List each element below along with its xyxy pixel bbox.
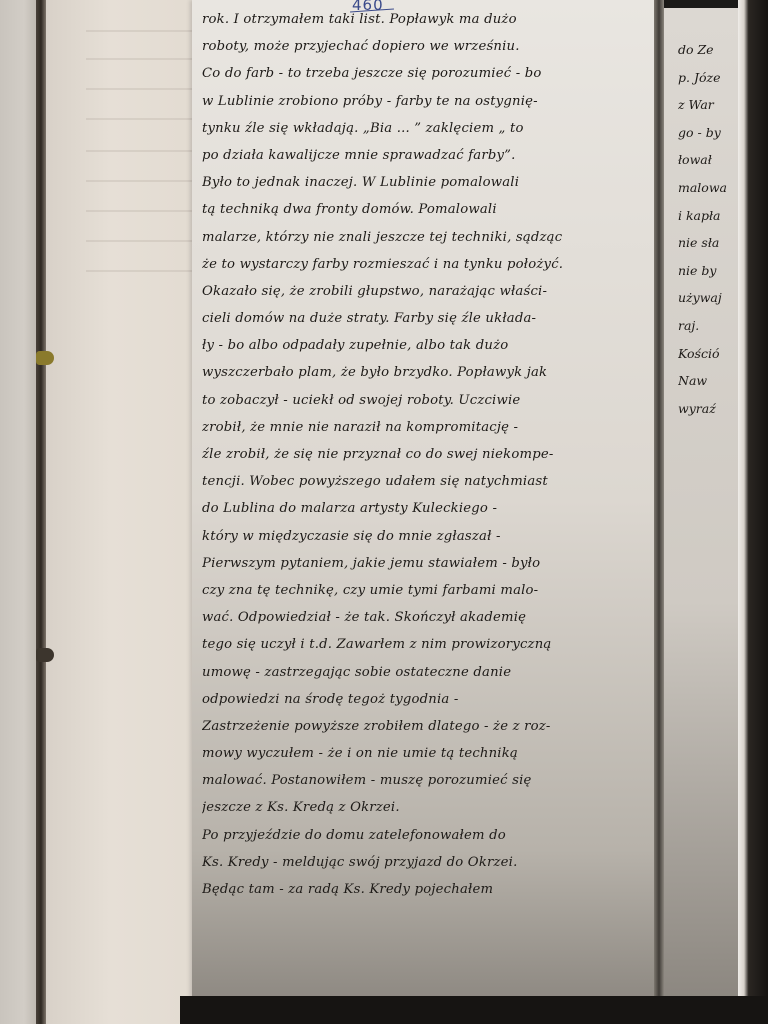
text-line: po działa kawalijcze mnie sprawadzać far… [202, 142, 652, 169]
text-line: malować. Postanowiłem - muszę porozumieć… [202, 767, 652, 794]
binder-clip-icon [36, 351, 54, 365]
text-line: wyszczerbało plam, że było brzydko. Popł… [202, 359, 652, 386]
text-line: malowa [678, 174, 744, 202]
text-line: nie sła [678, 229, 744, 257]
text-line: Pierwszym pytaniem, jakie jemu stawiałem… [202, 550, 652, 577]
text-line: Naw [678, 367, 744, 395]
manuscript-page: 460 rok. I otrzymałem taki list. Popławy… [192, 0, 664, 1000]
text-line: roboty, może przyjechać dopiero we wrześ… [202, 33, 652, 60]
text-line: to zobaczył - uciekł od swojej roboty. U… [202, 387, 652, 414]
text-line: Co do farb - to trzeba jeszcze się poroz… [202, 60, 652, 87]
text-line: Było to jednak inaczej. W Lublinie pomal… [202, 169, 652, 196]
photo-scene: 460 rok. I otrzymałem taki list. Popławy… [0, 0, 768, 1024]
previous-page [46, 0, 206, 1024]
text-line: raj. [678, 312, 744, 340]
text-line: tynku źle się wkładają. „Bia ... ” zaklę… [202, 115, 652, 142]
text-line: który w międzyczasie się do mnie zgłasza… [202, 523, 652, 550]
text-line: Ks. Kredy - meldując swój przyjazd do Ok… [202, 849, 652, 876]
text-line: i kapła [678, 202, 744, 230]
binder-spine [36, 0, 46, 1024]
text-line-content: jeszcze z Ks. Kredą z Okrzei. [202, 800, 400, 815]
text-line: Będąc tam - za radą Ks. Kredy pojechałem [202, 876, 652, 903]
text-line: czy zna tę technikę, czy umie tymi farba… [202, 577, 652, 604]
text-line: malarze, którzy nie znali jeszcze tej te… [202, 224, 652, 251]
text-line: wyraź [678, 395, 744, 423]
text-line: do Ze [678, 36, 744, 64]
text-line: Okazało się, że zrobili głupstwo, naraża… [202, 278, 652, 305]
text-line: odpowiedzi na środę tegoż tygodnia - [202, 686, 652, 713]
text-line: ły - bo albo odpadały zupełnie, albo tak… [202, 332, 652, 359]
next-page-fragment: do Ze p. Józe z War go - by łował malowa… [664, 8, 744, 998]
manuscript-text: rok. I otrzymałem taki list. Popławyk ma… [202, 6, 652, 903]
page-edges [738, 0, 768, 1024]
text-line: rok. I otrzymałem taki list. Popławyk ma… [202, 6, 652, 33]
text-line: źle zrobił, że się nie przyznał co do sw… [202, 441, 652, 468]
text-line: jeszcze z Ks. Kredą z Okrzei. [202, 794, 652, 821]
text-line: wać. Odpowiedział - że tak. Skończył aka… [202, 604, 652, 631]
text-line: w Lublinie zrobiono próby - farby te na … [202, 88, 652, 115]
binder-cover [0, 0, 40, 1024]
text-line: mowy wyczułem - że i on nie umie tą tech… [202, 740, 652, 767]
text-line: łował [678, 146, 744, 174]
text-line: zrobił, że mnie nie naraził na kompromit… [202, 414, 652, 441]
text-line: Kośció [678, 340, 744, 368]
text-line: tą techniką dwa fronty domów. Pomalowali [202, 196, 652, 223]
text-line: Zastrzeżenie powyższe zrobiłem dlatego -… [202, 713, 652, 740]
text-line: do Lublina do malarza artysty Kuleckiego… [202, 495, 652, 522]
text-line: nie by [678, 257, 744, 285]
text-line: go - by [678, 119, 744, 147]
text-line: tencji. Wobec powyższego udałem się naty… [202, 468, 652, 495]
text-line: tego się uczył i t.d. Zawarłem z nim pro… [202, 631, 652, 658]
desk-shadow [180, 996, 768, 1024]
text-line: używaj [678, 284, 744, 312]
next-page-text: do Ze p. Józe z War go - by łował malowa… [678, 36, 744, 422]
text-line: cieli domów na duże straty. Farby się źl… [202, 305, 652, 332]
text-line: umowę - zastrzegając sobie ostateczne da… [202, 659, 652, 686]
binder-ring-icon [36, 648, 54, 662]
page-margin-rule [654, 0, 664, 1000]
text-line: p. Józe [678, 64, 744, 92]
text-line: Po przyjeździe do domu zatelefonowałem d… [202, 822, 652, 849]
text-line: z War [678, 91, 744, 119]
text-line: że to wystarczy farby rozmieszać i na ty… [202, 251, 652, 278]
